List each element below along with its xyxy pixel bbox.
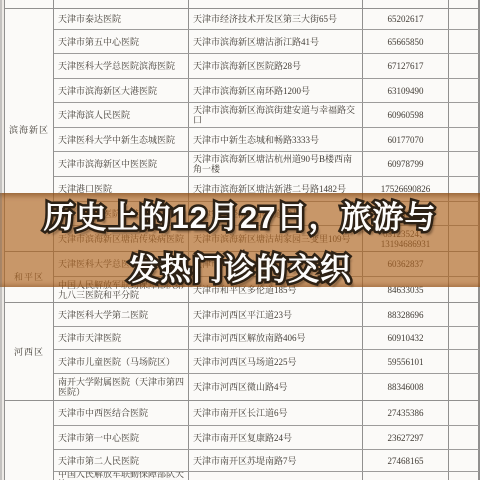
empty-cell — [449, 30, 479, 53]
phone-cell: 65665850 — [363, 30, 449, 53]
photo-edge — [0, 0, 2, 480]
address-cell: 天津市南开区苏堤南路7号 — [189, 450, 363, 471]
hospital-name-cell: 中国人民解放军联勤保障部队天津 — [54, 472, 189, 480]
hospital-name-cell: 天津医科大学中新生态城医院 — [54, 128, 189, 151]
table-row: 中国人民解放军联勤保障部队天津 — [54, 472, 479, 480]
hospital-name-cell: 天津市滨海新区大港医院 — [54, 79, 189, 102]
address-cell: 天津市经济技术开发区第三大街65号 — [189, 9, 363, 29]
hospital-name-cell: 天津市泰达医院 — [54, 9, 189, 29]
table-section-hexi: 河西区 天津医科大学第二医院 天津市河西区平江道23号 88328696 天津市… — [5, 303, 479, 401]
overlay-title-line2: 发热门诊的交织 — [128, 244, 352, 289]
table-row: 天津医科大学总医院滨海医院 天津市滨海新区医院路28号 67127617 — [54, 54, 479, 79]
phone-cell: 60910432 — [363, 327, 449, 349]
phone-cell: 23627297 — [363, 426, 449, 449]
empty-cell — [449, 327, 479, 349]
table-section-bottom: 天津市中西医结合医院 天津市南开区长江道6号 27435386 天津市第一中心医… — [5, 401, 479, 480]
hospital-name-cell: 天津医科大学第二医院 — [54, 303, 189, 326]
empty-cell — [449, 450, 479, 471]
address-cell: 天津市河西区马场道225号 — [189, 350, 363, 373]
empty-cell — [449, 472, 479, 480]
phone-cell: 59556101 — [363, 350, 449, 373]
address-cell: 天津市南开区复康路24号 — [189, 426, 363, 449]
district-cell — [5, 0, 54, 8]
address-cell: 天津市河西区解放南路406号 — [189, 327, 363, 349]
empty-cell — [449, 103, 479, 127]
hospital-name-cell: 天津市儿童医院（马场院区） — [54, 350, 189, 373]
empty-cell — [449, 79, 479, 102]
table-section-top-partial — [5, 0, 479, 9]
address-cell — [189, 472, 363, 480]
table-row: 天津市泰达医院 天津市经济技术开发区第三大街65号 65202617 — [54, 9, 479, 30]
address-cell: 天津市中新生态城和畅路3333号 — [189, 128, 363, 151]
table-row: 天津医科大学第二医院 天津市河西区平江道23号 88328696 — [54, 303, 479, 327]
phone-cell: 67127617 — [363, 54, 449, 78]
phone-cell — [363, 472, 449, 480]
phone-cell: 60960598 — [363, 103, 449, 127]
hospital-name-cell: 南开大学附属医院（天津市第四医院） — [54, 374, 189, 400]
table-row: 天津市儿童医院（马场院区） 天津市河西区马场道225号 59556101 — [54, 350, 479, 374]
phone-cell: 65202617 — [363, 9, 449, 29]
hospital-name-cell: 天津市中西医结合医院 — [54, 401, 189, 425]
hospital-name-cell: 天津市第二人民医院 — [54, 450, 189, 471]
table-row: 天津海滨人民医院 天津市滨海新区海滨街建安道与幸福路交口 60960598 — [54, 103, 479, 128]
address-cell: 天津市南开区长江道6号 — [189, 401, 363, 425]
phone-cell: 63109490 — [363, 79, 449, 102]
district-cell — [5, 401, 54, 480]
table-row: 天津市第一中心医院 天津市南开区复康路24号 23627297 — [54, 426, 479, 450]
overlay-title-line1: 历史上的12月27日，旅游与 — [44, 192, 437, 237]
address-cell: 天津市滨海新区南环路1200号 — [189, 79, 363, 102]
hospital-name-cell: 天津医科大学总医院滨海医院 — [54, 54, 189, 78]
hospital-name-cell: 天津市第五中心医院 — [54, 30, 189, 53]
document-photo: 滨海新区 天津市泰达医院 天津市经济技术开发区第三大街65号 65202617 … — [0, 0, 480, 480]
address-cell: 天津市河西区平江道23号 — [189, 303, 363, 326]
phone-cell: 27468165 — [363, 450, 449, 471]
table-row: 天津医科大学中新生态城医院 天津市中新生态城和畅路3333号 60177070 — [54, 128, 479, 152]
table-row: 天津市第五中心医院 天津市滨海新区塘沽浙江路41号 65665850 — [54, 30, 479, 54]
phone-cell: 60978799 — [363, 152, 449, 176]
hospital-name-cell: 天津市天津医院 — [54, 327, 189, 349]
hospital-name-cell: 天津市滨海新区中医医院 — [54, 152, 189, 176]
empty-cell — [449, 374, 479, 400]
address-cell: 天津市河西区微山路4号 — [189, 374, 363, 400]
empty-cell — [449, 54, 479, 78]
hospital-name-cell: 天津市第一中心医院 — [54, 426, 189, 449]
table-row: 天津市中西医结合医院 天津市南开区长江道6号 27435386 — [54, 401, 479, 426]
table-row: 天津市天津医院 天津市河西区解放南路406号 60910432 — [54, 327, 479, 350]
table-row: 天津市第二人民医院 天津市南开区苏堤南路7号 27468165 — [54, 450, 479, 472]
table-row: 南开大学附属医院（天津市第四医院） 天津市河西区微山路4号 88346008 — [54, 374, 479, 400]
overlay-banner: 历史上的12月27日，旅游与 发热门诊的交织 — [0, 193, 480, 287]
phone-cell: 88328696 — [363, 303, 449, 326]
empty-cell — [449, 9, 479, 29]
empty-cell — [449, 0, 479, 8]
phone-cell: 88346008 — [363, 374, 449, 400]
address-cell: 天津市滨海新区塘沽杭州道90号B楼西南角一楼 — [189, 152, 363, 176]
empty-cell — [449, 350, 479, 373]
table-row — [54, 0, 479, 8]
hospital-name-cell: 天津海滨人民医院 — [54, 103, 189, 127]
address-cell — [189, 0, 363, 8]
district-cell: 河西区 — [5, 303, 54, 400]
phone-cell: 60177070 — [363, 128, 449, 151]
table-row: 天津市滨海新区中医医院 天津市滨海新区塘沽杭州道90号B楼西南角一楼 60978… — [54, 152, 479, 177]
hospital-name-cell — [54, 0, 189, 8]
empty-cell — [449, 303, 479, 326]
address-cell: 天津市滨海新区医院路28号 — [189, 54, 363, 78]
table-row: 天津市滨海新区大港医院 天津市滨海新区南环路1200号 63109490 — [54, 79, 479, 103]
empty-cell — [449, 128, 479, 151]
empty-cell — [449, 401, 479, 425]
phone-cell — [363, 0, 449, 8]
empty-cell — [449, 426, 479, 449]
phone-cell: 27435386 — [363, 401, 449, 425]
address-cell: 天津市滨海新区海滨街建安道与幸福路交口 — [189, 103, 363, 127]
address-cell: 天津市滨海新区塘沽浙江路41号 — [189, 30, 363, 53]
empty-cell — [449, 152, 479, 176]
